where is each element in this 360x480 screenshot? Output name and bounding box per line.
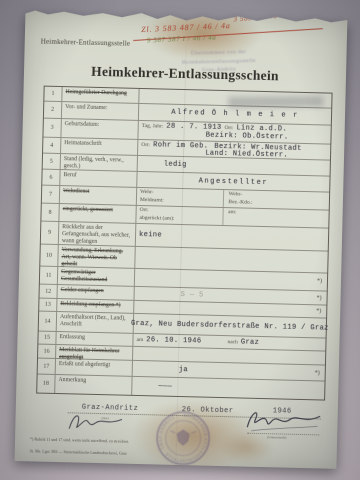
row-label-text: Verwundung, Erkrankung. Art, wann. Wiewe… (61, 247, 123, 268)
document-paper: Heimkehrer-Entlassungsstelle 3 583 487/4… (15, 7, 348, 469)
value-text: ja (179, 365, 188, 373)
row-label-text: Bekleidung empfangen *) (60, 301, 120, 308)
row-label-text: Gegenwärtiger Gesundheitszustand (61, 269, 108, 283)
row-number: 14 (39, 312, 57, 331)
row-label-text: Aufenthaltsort (Bez., Land), Anschrift (60, 314, 126, 328)
row-label-text: Entlassung (59, 334, 85, 341)
row-label: Wehrdienst (60, 186, 137, 205)
row-label-text: Wehrdienst (63, 188, 89, 195)
value-text: nach (227, 339, 238, 345)
value-text (136, 369, 176, 370)
issuing-office-label: Heimkehrer-Entlassungsstelle (41, 38, 131, 48)
value-text (305, 149, 341, 150)
row-label: Heimatanschrift (61, 138, 138, 155)
row-number: 18 (37, 375, 55, 393)
row-label-text: Vor- und Zuname: (65, 104, 107, 111)
signature-right (241, 403, 326, 439)
form-table: 1Heimgeführter Durchgang2Vor- und Zuname… (36, 86, 332, 401)
row-label: Geburtsdatum: (61, 119, 138, 139)
row-label: Gegenwärtiger Gesundheitszustand (58, 267, 135, 286)
row-label: Verwundung, Erkrankung. Art, wann. Wiewe… (58, 245, 135, 268)
row-number: 12 (40, 285, 58, 298)
row-value: keine (136, 224, 328, 251)
green-handwriting: 9 587 387 I / 46 / 4a (147, 33, 217, 44)
value-text (291, 139, 327, 140)
row-label: Heimgeführter Durchgang (62, 87, 139, 103)
row-number: 10 (40, 245, 59, 266)
row-number: 6 (42, 170, 60, 185)
row-label: Entlassung (56, 332, 133, 346)
value-text: Graz (241, 338, 260, 346)
row-label: Rückkehr aus der Gefangenschaft, aus wel… (59, 222, 137, 246)
row-label: Bekleidung empfangen *) (57, 299, 134, 313)
value-text: Alfred Ö h l m e i e r (171, 109, 299, 120)
value-text: Ort: abgerückt (am): (139, 207, 225, 223)
row-label: Vor- und Zuname: (62, 102, 139, 120)
row-label: Erfaßt und abgefertigt (56, 359, 133, 376)
row-number: 8 (41, 204, 59, 221)
row-label-text: Gelder empfangen (61, 287, 104, 294)
row-label-text: Rückkehr aus der Gefangenschaft, aus wel… (62, 224, 130, 245)
row-label: Stand (ledig, verh., verw., gesch.) (61, 154, 138, 171)
row-number: 1 (44, 87, 62, 101)
value-text: Bezirk: Ob.Österr. (206, 132, 289, 142)
value-text: Angestellter (198, 177, 268, 187)
row-label: Anmerkung (55, 375, 132, 395)
row-number: 7 (42, 186, 60, 203)
row-label-text: Stand (ledig, verh., verw., gesch.) (64, 156, 124, 170)
value-text: *) (317, 278, 322, 284)
row-number: 17 (38, 359, 56, 374)
row-label: Aufenthaltsort (Bez., Land), Anschrift (57, 312, 134, 333)
value-text: *) (316, 308, 321, 314)
value-text: am (136, 337, 143, 343)
value-text: Ort: (224, 125, 233, 131)
row-number: 11 (40, 267, 58, 284)
row-number: 4 (43, 138, 61, 153)
signature-left (65, 408, 128, 438)
row-label-text: eingerückt, gemustert (63, 206, 113, 213)
value-text: Tag, Jahr: (142, 123, 164, 130)
row-label-text: Erfaßt und abgefertigt (59, 361, 110, 368)
row-label-text: Heimgeführter Durchgang (65, 89, 126, 96)
paper-sheet: Heimkehrer-Entlassungsstelle 3 583 487/4… (15, 7, 348, 469)
value-text: ——— (158, 382, 172, 390)
value-text: *) (315, 370, 320, 376)
row-value: ——— (132, 377, 324, 400)
value-text: keine (139, 231, 162, 240)
value-text: Graz, Neu Budersdorferstraße Nr. 119 / G… (131, 319, 329, 332)
photo-background: Heimkehrer-Entlassungsstelle 3 583 487/4… (0, 0, 360, 480)
value-text (291, 156, 327, 157)
row-label-text: Anmerkung (58, 377, 86, 384)
value-text: Wehr- Bez.-Kdo.: (228, 192, 252, 207)
value-text: Wehr- Meldeamt: (140, 189, 226, 205)
row-label-text: Heimatanschrift (64, 140, 101, 147)
round-ink-stamp: HEIMKEHRER-ENTLASSUNGSSTELLE · GRAZ-ANDR… (152, 407, 213, 468)
value-text: *) (317, 295, 322, 301)
row-number: 9 (41, 222, 60, 244)
row-number: 13 (39, 299, 57, 311)
row-number: 5 (43, 154, 61, 169)
value-text: 26. 10. 1946 (146, 336, 201, 345)
row-number: 2 (44, 102, 62, 118)
value-text: am: (228, 210, 236, 216)
row-label: eingerückt, gemustert (59, 204, 136, 223)
value-text (138, 294, 178, 295)
printer-imprint: St. Me. Lgst. 802 — Steiermärkische Land… (30, 448, 127, 455)
value-text: S — 5 (181, 291, 204, 300)
row-number: 16 (38, 345, 56, 358)
row-number: 3 (43, 119, 61, 137)
row-label: Beruf (60, 170, 137, 187)
row-label: Merkblatt für Heimkehrer ausgefolgt (56, 345, 133, 360)
red-handwriting-top: 3 583 487/46 (233, 12, 278, 24)
row-label-text: Beruf (63, 172, 76, 178)
row-number: 15 (38, 332, 56, 344)
row-label: Gelder empfangen (57, 285, 134, 300)
value-text: ledig (164, 160, 187, 169)
row-label-text: Geburtsdatum: (65, 121, 100, 128)
